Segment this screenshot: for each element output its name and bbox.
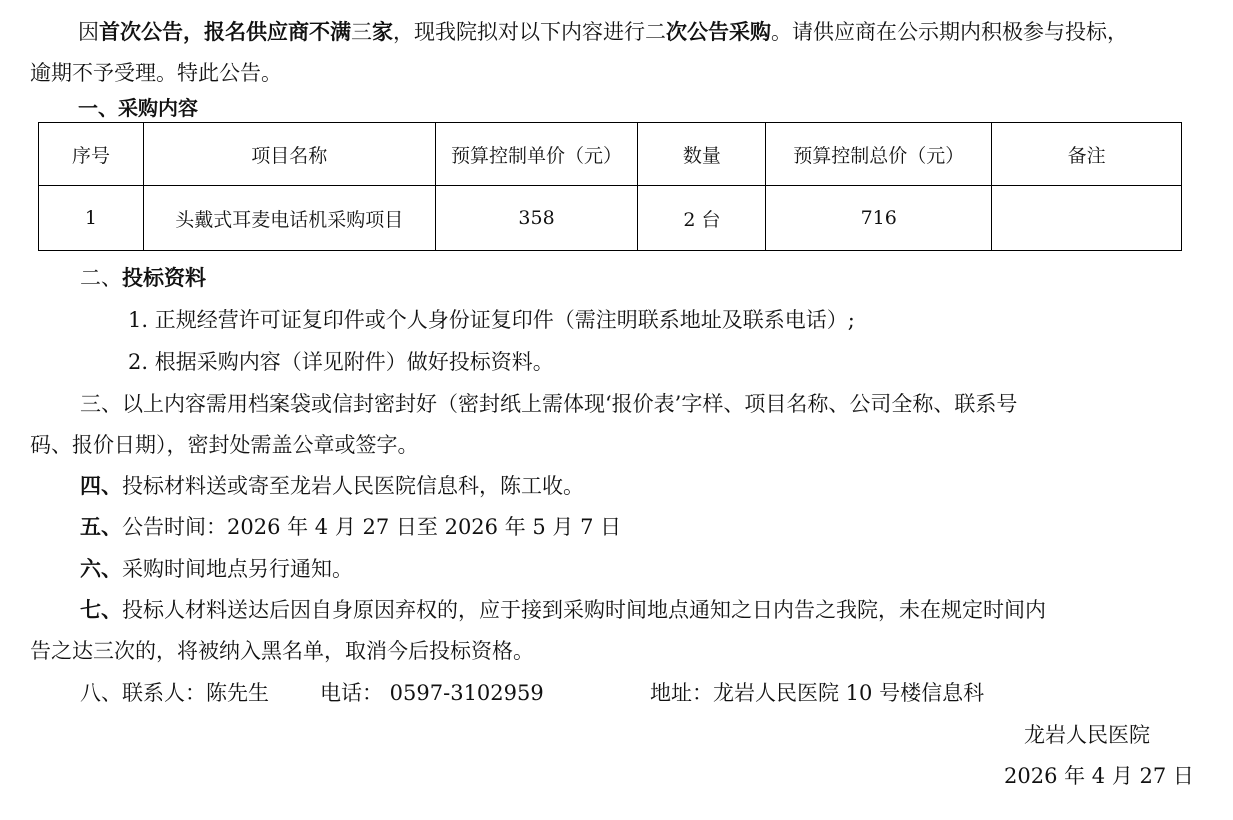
section-6: 六、采购时间地点另行通知。: [80, 555, 353, 583]
cell-quantity: 2 台: [638, 186, 766, 251]
signature-organization: 龙岩人民医院: [1024, 721, 1150, 749]
section-3-line-2: 码、报价日期），密封处需盖公章或签字。: [30, 431, 419, 459]
procurement-table: 序号 项目名称 预算控制单价（元） 数量 预算控制总价（元） 备注 1 头戴式耳…: [38, 122, 1182, 251]
header-cell-item-name: 项目名称: [143, 123, 435, 186]
intro-bold-text: 家: [372, 19, 393, 44]
section-1-title: 一、采购内容: [78, 94, 198, 122]
section-number: 四、: [80, 473, 122, 498]
section-2-item-2: 2. 根据采购内容（详见附件）做好投标资料。: [128, 348, 554, 376]
contact-phone: 电话： 0597-3102959: [320, 679, 544, 707]
header-cell-total-price: 预算控制总价（元）: [766, 123, 992, 186]
signature-date: 2026 年 4 月 27 日: [1004, 762, 1194, 790]
contact-person: 联系人：陈先生: [122, 681, 269, 705]
section-7-line-2: 告之达三次的，将被纳入黑名单，取消今后投标资格。: [30, 637, 534, 665]
intro-text: 。请供应商在公示期内积极参与投标，: [771, 20, 1128, 44]
intro-line-2: 逾期不予受理。特此公告。: [30, 59, 282, 87]
intro-text: 三: [351, 20, 372, 44]
intro-bold-text: 次公告采购: [666, 19, 771, 44]
cell-total-price: 716: [766, 186, 992, 251]
intro-text: 因: [78, 20, 99, 44]
intro-text: 二: [645, 20, 666, 44]
section-3-line-1: 三、以上内容需用档案袋或信封密封好（密封纸上需体现‘报价表’字样、项目名称、公司…: [80, 390, 1017, 418]
header-cell-unit-price: 预算控制单价（元）: [435, 123, 638, 186]
contact-address: 地址：龙岩人民医院 10 号楼信息科: [650, 679, 984, 707]
table-header-row: 序号 项目名称 预算控制单价（元） 数量 预算控制总价（元） 备注: [39, 123, 1182, 186]
cell-unit-price: 358: [435, 186, 638, 251]
header-cell-remarks: 备注: [992, 123, 1182, 186]
section-text: 投标材料送或寄至龙岩人民医院信息科，陈工收。: [122, 474, 584, 498]
header-cell-quantity: 数量: [638, 123, 766, 186]
section-text: 投标人材料送达后因自身原因弃权的，应于接到采购时间地点通知之日内告之我院，未在规…: [122, 598, 1046, 622]
section-number: 八、: [80, 681, 122, 705]
section-7-line-1: 七、投标人材料送达后因自身原因弃权的，应于接到采购时间地点通知之日内告之我院，未…: [80, 596, 1046, 624]
section-title-text: 投标资料: [122, 265, 206, 290]
section-number: 六、: [80, 556, 122, 581]
section-2-title: 二、投标资料: [80, 264, 206, 292]
intro-text: ，现我院拟对以下内容进行: [393, 20, 645, 44]
section-text: 公告时间：2026 年 4 月 27 日至 2026 年 5 月 7 日: [122, 515, 621, 539]
section-text: 采购时间地点另行通知。: [122, 557, 353, 581]
cell-remarks: [992, 186, 1182, 251]
intro-bold-text: 首次公告，报名供应商不满: [99, 19, 351, 44]
table-row: 1 头戴式耳麦电话机采购项目 358 2 台 716: [39, 186, 1182, 251]
section-2-item-1: 1. 正规经营许可证复印件或个人身份证复印件（需注明联系地址及联系电话）;: [128, 306, 855, 334]
section-4: 四、投标材料送或寄至龙岩人民医院信息科，陈工收。: [80, 472, 584, 500]
section-8: 八、联系人：陈先生: [80, 679, 269, 707]
cell-index: 1: [39, 186, 144, 251]
cell-item-name: 头戴式耳麦电话机采购项目: [143, 186, 435, 251]
header-cell-index: 序号: [39, 123, 144, 186]
intro-line-1: 因首次公告，报名供应商不满三家，现我院拟对以下内容进行二次公告采购。请供应商在公…: [78, 18, 1128, 46]
section-number: 七、: [80, 597, 122, 622]
section-number: 二、: [80, 266, 122, 290]
section-number: 五、: [80, 514, 122, 539]
section-5: 五、公告时间：2026 年 4 月 27 日至 2026 年 5 月 7 日: [80, 513, 621, 541]
